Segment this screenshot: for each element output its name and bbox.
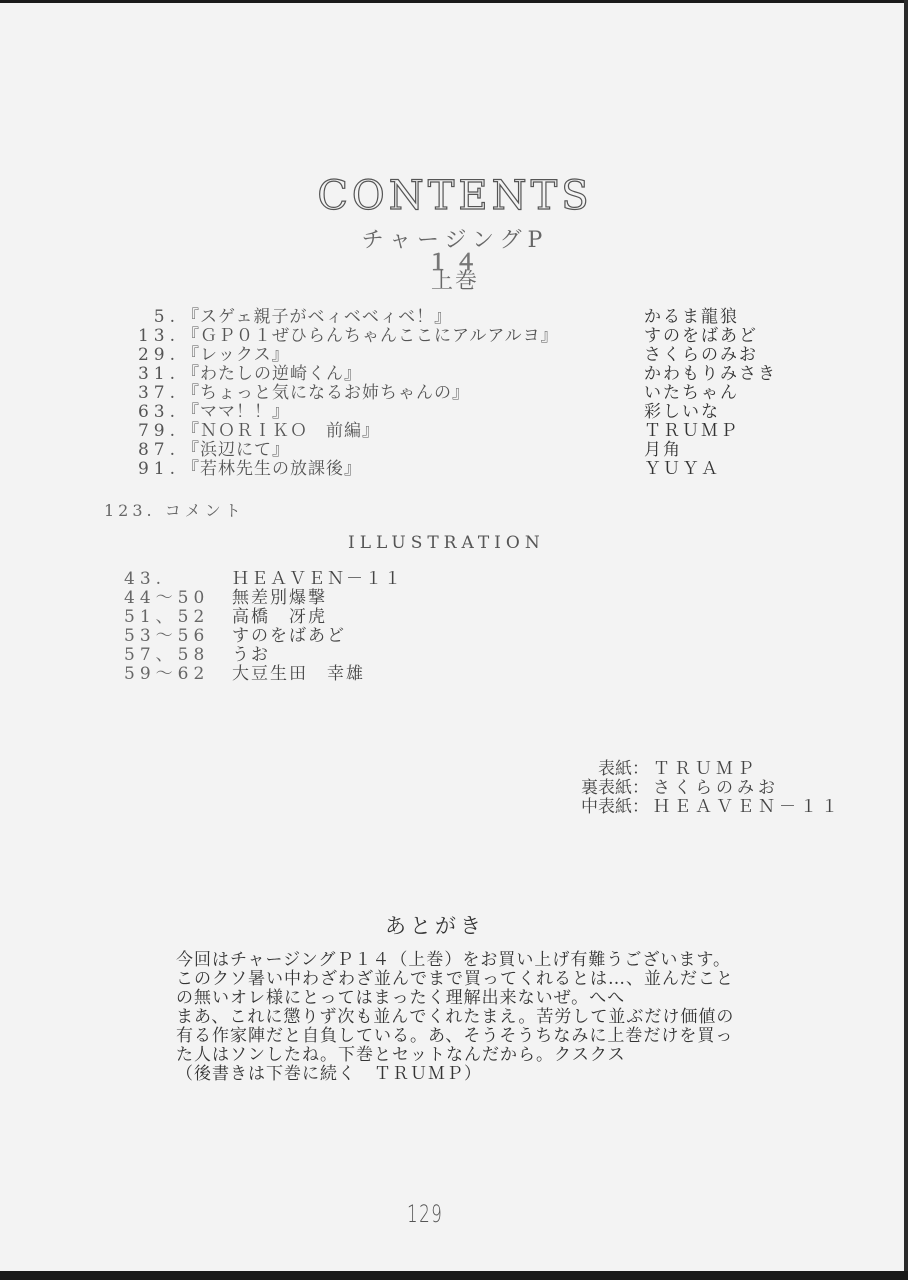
contents-entry: 29. 『レックス』 さくらのみお bbox=[110, 346, 810, 365]
illustration-artist: ＨＥＡＶＥＮ－１１ bbox=[232, 570, 403, 589]
cover-credit: 裏表紙：さくらのみお bbox=[568, 779, 842, 798]
entry-page: 91. bbox=[110, 460, 180, 479]
cover-role: 中表紙 bbox=[568, 798, 632, 817]
entry-author: 彩しいな bbox=[644, 403, 720, 422]
entry-author: すのをばあど bbox=[644, 327, 758, 346]
contents-entry: 13. 『ＧＰ０１ぜひらんちゃんここにアルアルヨ』 すのをばあど bbox=[110, 327, 810, 346]
contents-entry: 87. 『浜辺にて』 月角 bbox=[110, 441, 810, 460]
illustration-pages: 57、58 bbox=[124, 646, 209, 665]
contents-entry: 31. 『わたしの逆崎くん』 かわもりみさき bbox=[110, 365, 810, 384]
contents-entry: 5. 『スゲェ親子がベィベベィベ！』 かるま龍狼 bbox=[110, 308, 810, 327]
entry-title: 『スゲェ親子がベィベベィベ！』 bbox=[182, 308, 452, 327]
afterword-line: まあ、これに懲りず次も並んでくれたまえ。苦労して並ぶだけ価値の bbox=[176, 1008, 796, 1027]
illustration-artist: 高橋 冴虎 bbox=[232, 608, 327, 627]
illustration-artist: 大豆生田 幸雄 bbox=[232, 665, 365, 684]
illustration-pages: 44〜50 bbox=[124, 589, 209, 608]
cover-credits: 表紙：ＴＲＵＭＰ 裏表紙：さくらのみお 中表紙：ＨＥＡＶＥＮ－１１ bbox=[568, 760, 842, 817]
illustration-artist: すのをばあど bbox=[232, 627, 346, 646]
cover-artist: ：さくらのみお bbox=[632, 778, 779, 798]
entry-page: 79. bbox=[110, 422, 180, 441]
cover-artist: ：ＴＲＵＭＰ bbox=[632, 759, 758, 779]
afterword-line: 今回はチャージングＰ１４（上巻）をお買い上げ有難うございます。 bbox=[176, 951, 796, 970]
illustration-pages: 51、52 bbox=[124, 608, 209, 627]
entry-author: ＴＲＵＭＰ bbox=[644, 422, 739, 441]
afterword-line: の無いオレ様にとってはまったく理解出来ないぜ。へへ bbox=[176, 989, 796, 1008]
entry-title: 『ＧＰ０１ぜひらんちゃんここにアルアルヨ』 bbox=[182, 327, 559, 346]
page-edge-shadow bbox=[904, 0, 908, 1280]
contents-entry: 37. 『ちょっと気になるお姉ちゃんの』 いたちゃん bbox=[110, 384, 810, 403]
entry-author: かるま龍狼 bbox=[644, 308, 739, 327]
contents-list: 5. 『スゲェ親子がベィベベィベ！』 かるま龍狼 13. 『ＧＰ０１ぜひらんちゃ… bbox=[110, 308, 810, 479]
illustration-artist: うお bbox=[232, 646, 270, 665]
page-edge-bottom bbox=[0, 1271, 908, 1280]
afterword-line: （後書きは下巻に続く ＴＲＵＭＰ） bbox=[176, 1065, 796, 1084]
entry-author: いたちゃん bbox=[644, 384, 739, 403]
afterword-line: た人はソンしたね。下巻とセットなんだから。クスクス bbox=[176, 1046, 796, 1065]
afterword-line: このクソ暑い中わざわざ並んでまで買ってくれるとは…、並んだこと bbox=[176, 970, 796, 989]
entry-title: 『わたしの逆崎くん』 bbox=[182, 365, 362, 384]
contents-entry: 79. 『ＮＯＲＩＫＯ 前編』 ＴＲＵＭＰ bbox=[110, 422, 810, 441]
entry-page: 29. bbox=[110, 346, 180, 365]
illustration-pages: 59〜62 bbox=[124, 665, 209, 684]
cover-artist: ：ＨＥＡＶＥＮ－１１ bbox=[632, 797, 842, 817]
contents-entry: 91. 『若林先生の放課後』 ＹＵＹＡ bbox=[110, 460, 810, 479]
comment-entry: 123. コメント bbox=[104, 498, 245, 521]
entry-author: かわもりみさき bbox=[644, 365, 777, 384]
entry-title: 『レックス』 bbox=[182, 346, 290, 365]
illustration-heading: ILLUSTRATION bbox=[348, 533, 545, 553]
entry-page: 63. bbox=[110, 403, 180, 422]
entry-author: ＹＵＹＡ bbox=[644, 460, 720, 479]
afterword-heading: あとがき bbox=[385, 910, 485, 940]
entry-title: 『ＮＯＲＩＫＯ 前編』 bbox=[182, 422, 380, 441]
entry-title: 『ちょっと気になるお姉ちゃんの』 bbox=[182, 384, 470, 403]
page-title: CONTENTS bbox=[300, 171, 610, 221]
document-page: CONTENTS チャージングP １４ 上巻 5. 『スゲェ親子がベィベベィベ！… bbox=[0, 3, 904, 1271]
entry-title: 『ママ！！』 bbox=[182, 403, 290, 422]
publication-volume: 上巻 bbox=[300, 271, 610, 293]
cover-role: 裏表紙 bbox=[568, 779, 632, 798]
entry-title: 『若林先生の放課後』 bbox=[182, 460, 362, 479]
cover-credit: 表紙：ＴＲＵＭＰ bbox=[568, 760, 842, 779]
illustration-artist: 無差別爆撃 bbox=[232, 589, 327, 608]
afterword-body: 今回はチャージングＰ１４（上巻）をお買い上げ有難うございます。 このクソ暑い中わ… bbox=[176, 951, 796, 1084]
entry-title: 『浜辺にて』 bbox=[182, 441, 290, 460]
afterword-line: 有る作家陣だと自負している。あ、そうそうちなみに上巻だけを買っ bbox=[176, 1027, 796, 1046]
illustration-pages: 43. bbox=[124, 570, 166, 589]
illustration-pages: 53〜56 bbox=[124, 627, 209, 646]
cover-credit: 中表紙：ＨＥＡＶＥＮ－１１ bbox=[568, 798, 842, 817]
entry-author: さくらのみお bbox=[644, 346, 758, 365]
entry-page: 87. bbox=[110, 441, 180, 460]
entry-page: 31. bbox=[110, 365, 180, 384]
entry-page: 37. bbox=[110, 384, 180, 403]
cover-role: 表紙 bbox=[568, 760, 632, 779]
entry-page: 13. bbox=[110, 327, 180, 346]
page-number: 129 bbox=[407, 1200, 443, 1228]
entry-author: 月角 bbox=[644, 441, 682, 460]
entry-page: 5. bbox=[110, 308, 180, 327]
contents-entry: 63. 『ママ！！』 彩しいな bbox=[110, 403, 810, 422]
